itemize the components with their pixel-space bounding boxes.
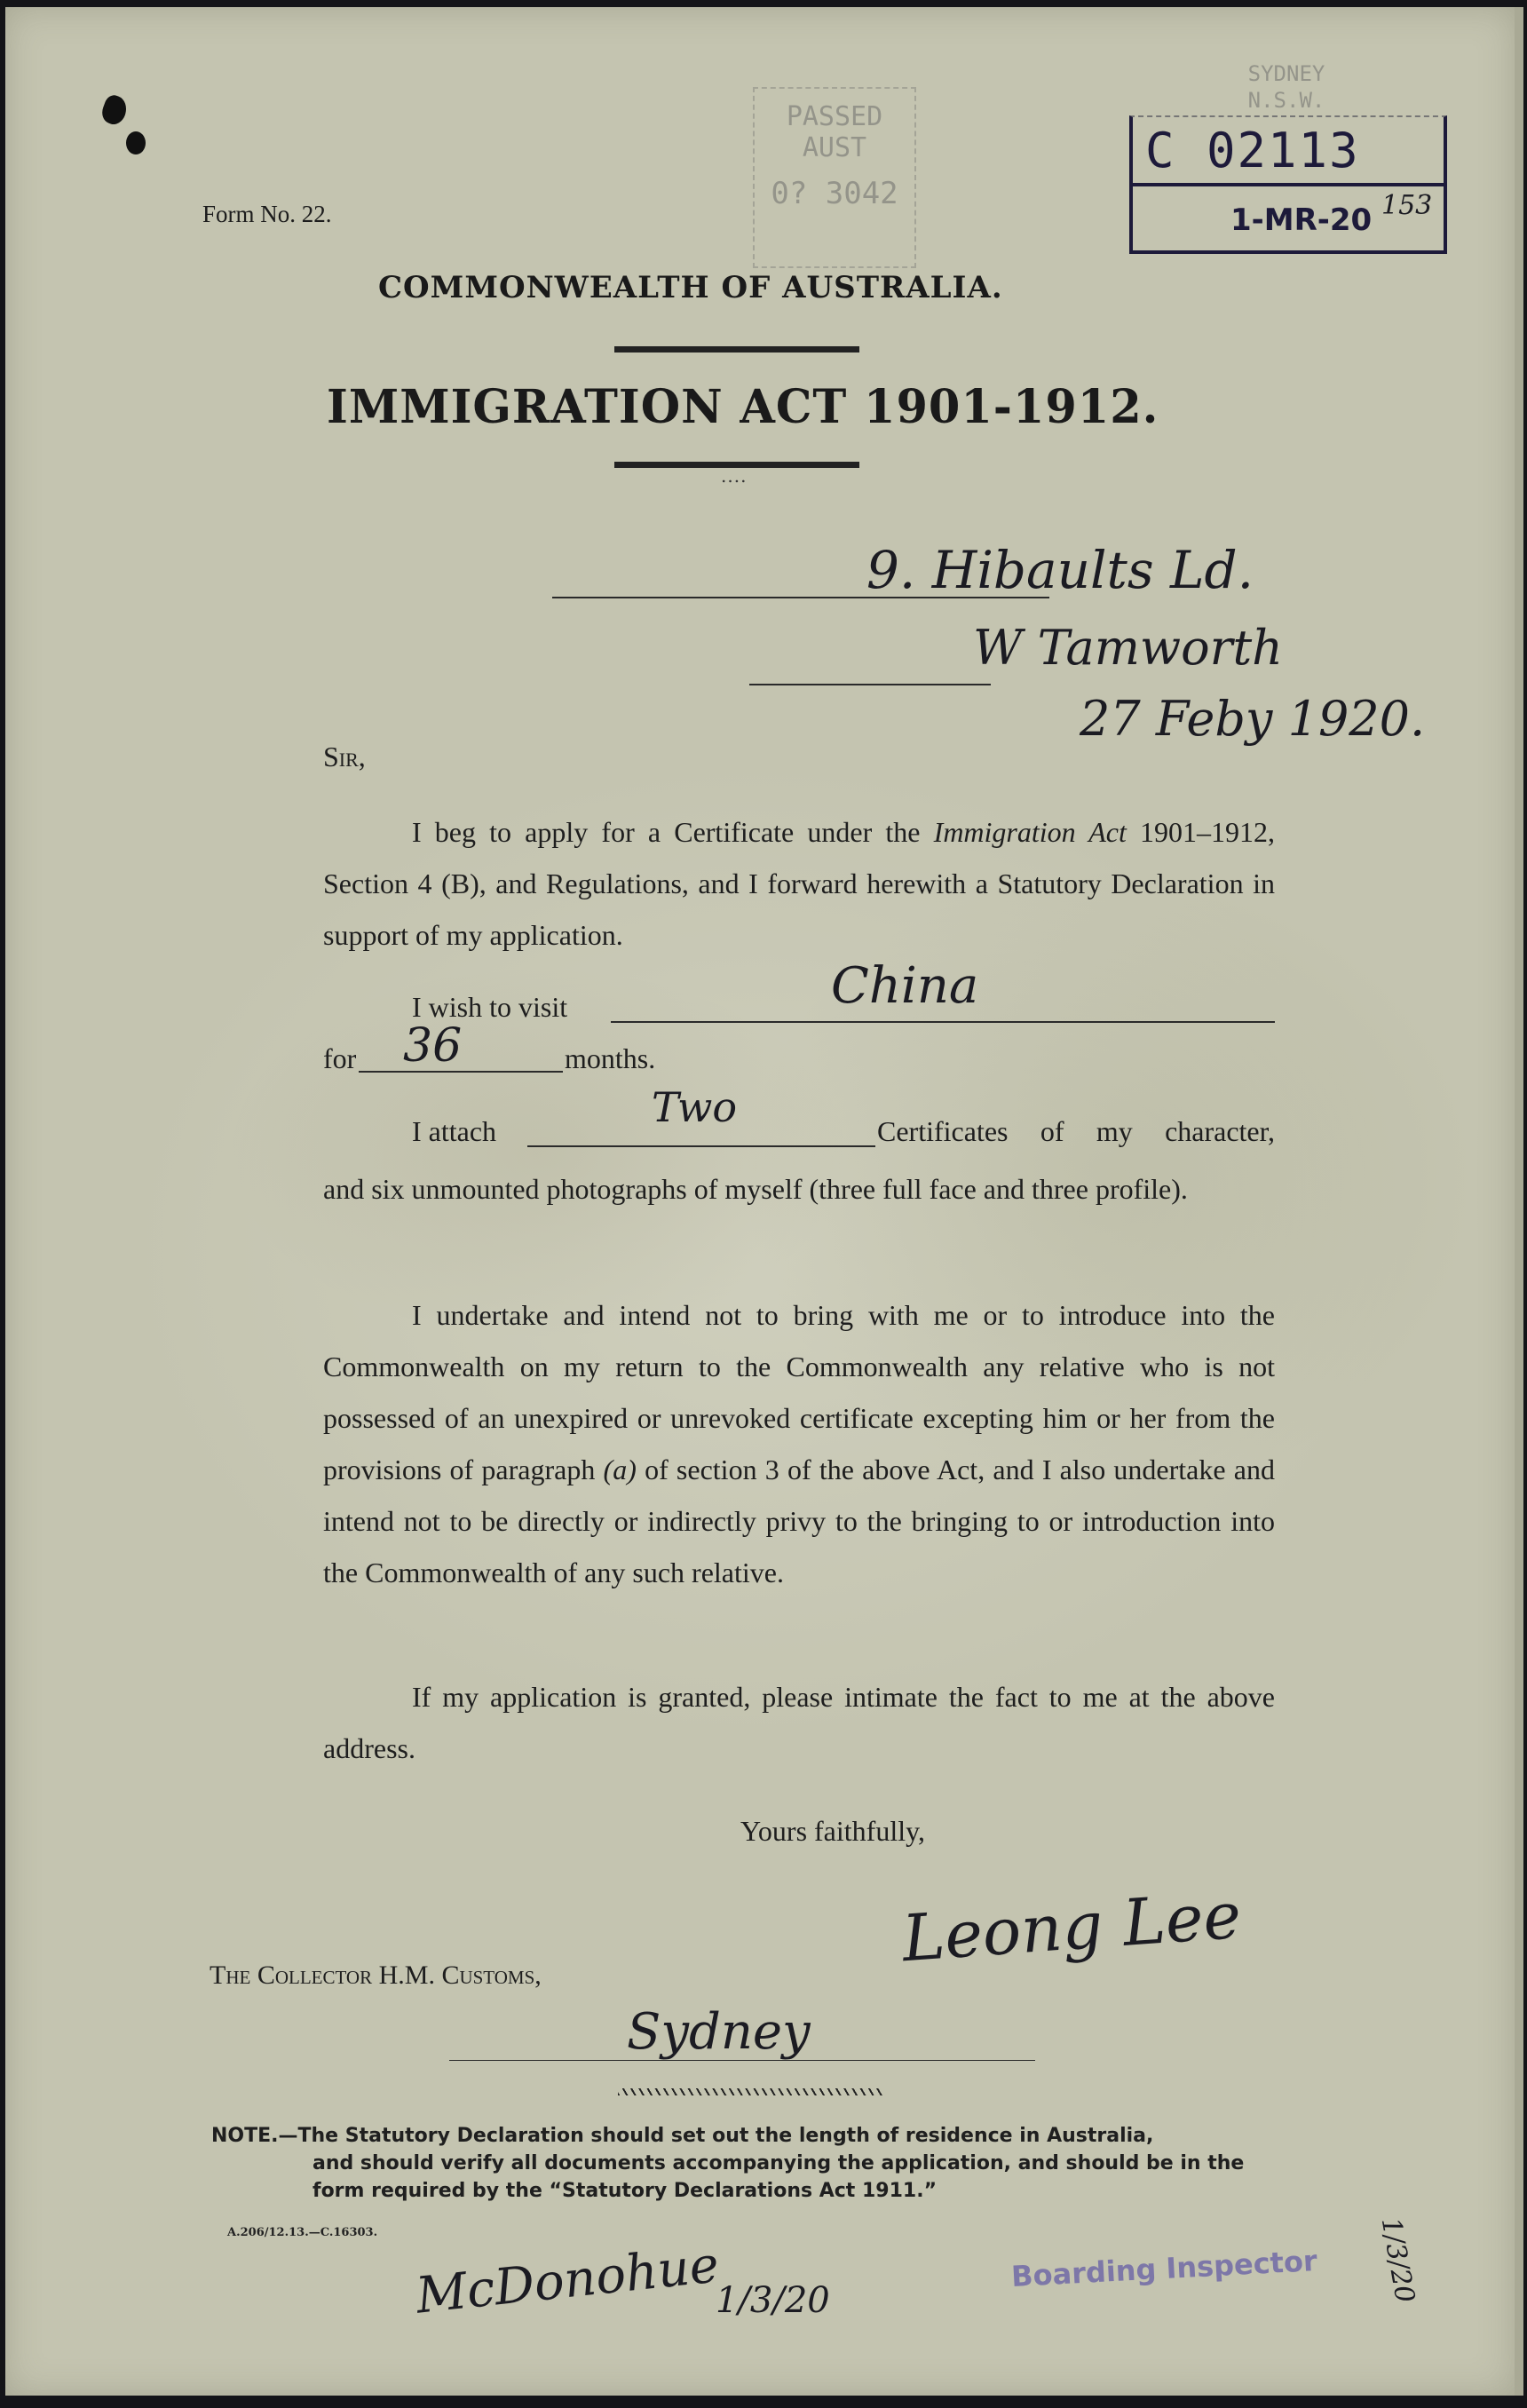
boarding-date: 1/3/20 [1375, 2215, 1420, 2305]
attach-label: I attach [412, 1115, 496, 1148]
attach-photographs: and six unmounted photographs of myself … [323, 1163, 1275, 1215]
boarding-inspector-stamp: Boarding Inspector [1010, 2244, 1317, 2293]
applicant-signature: Leong Lee [900, 1878, 1244, 1976]
note: NOTE.—The Statutory Declaration should s… [211, 2122, 1294, 2205]
ornament: .... [721, 465, 747, 487]
form-number: Form No. 22. [202, 201, 332, 228]
registry-annotation: 153 [1381, 190, 1432, 221]
attach-rest: Certificates of my character, [877, 1115, 1275, 1148]
document-page: Form No. 22. PASSED AUST 0? 3042 SYDNEY … [5, 7, 1523, 2396]
for-label: for [323, 1042, 356, 1075]
paper-damage [99, 93, 130, 128]
registry-stamp: SYDNEY N.S.W. C 02113 1-MR-20 153 [1122, 51, 1451, 265]
officer-signature: McDonohue [414, 2236, 722, 2325]
address-line-1: 9. Hibaults Ld. [866, 540, 1254, 600]
addressee-city: Sydney [627, 2003, 811, 2061]
address-line-2: W Tamworth [973, 620, 1283, 676]
paper-damage [126, 131, 146, 154]
addressee: The Collector H.M. Customs, [210, 1960, 542, 1991]
heading: COMMONWEALTH OF AUSTRALIA. [378, 270, 1003, 305]
paragraph-undertaking: I undertake and intend not to bring with… [323, 1289, 1275, 1598]
paragraph-notification: If my application is granted, please int… [323, 1671, 1275, 1774]
attach-value: Two [652, 1083, 737, 1131]
address-date: 27 Feby 1920. [1080, 691, 1425, 747]
registry-date: 1-MR-20 [1230, 202, 1372, 238]
officer-date: 1/3/20 [716, 2280, 830, 2321]
faint-received-stamp: PASSED AUST 0? 3042 [753, 87, 916, 268]
wavy-underline [618, 2088, 884, 2095]
visit-field-line [611, 1021, 1275, 1023]
salutation: Sir, [323, 741, 366, 773]
print-code: A.206/12.13.—C.16303. [227, 2226, 377, 2239]
months-value: 36 [403, 1019, 462, 1073]
visit-destination: China [831, 957, 978, 1015]
address-line [749, 684, 991, 685]
closing: Yours faithfully, [740, 1815, 925, 1848]
paragraph-application: I beg to apply for a Certificate under t… [323, 806, 1275, 961]
attach-field-line [527, 1145, 875, 1147]
document-title: IMMIGRATION ACT 1901-1912. [327, 380, 1159, 434]
divider [614, 346, 859, 352]
months-label: months. [565, 1042, 655, 1075]
registry-number: C 02113 [1145, 123, 1360, 178]
